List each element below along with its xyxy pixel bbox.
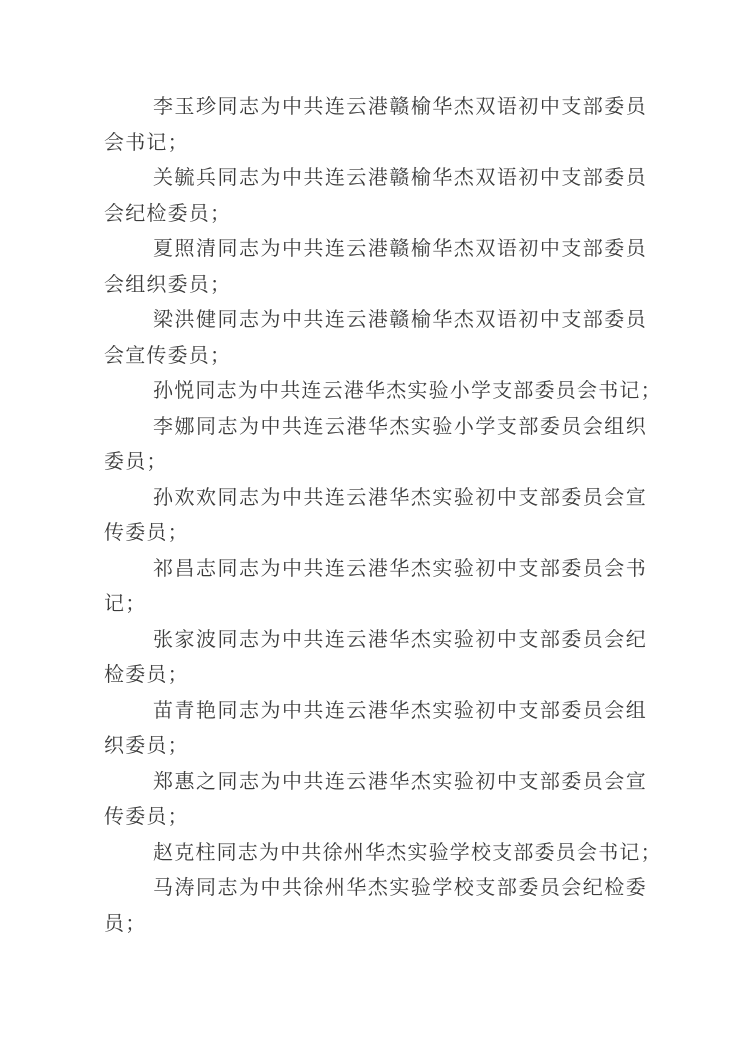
- paragraph: 夏照清同志为中共连云港赣榆华杰双语初中支部委员会组织委员；: [104, 232, 647, 303]
- paragraph: 李玉珍同志为中共连云港赣榆华杰双语初中支部委员会书记；: [104, 90, 647, 161]
- paragraph: 马涛同志为中共徐州华杰实验学校支部委员会纪检委员；: [104, 871, 647, 942]
- paragraph: 梁洪健同志为中共连云港赣榆华杰双语初中支部委员会宣传委员；: [104, 303, 647, 374]
- paragraph: 孙欢欢同志为中共连云港华杰实验初中支部委员会宣传委员；: [104, 481, 647, 552]
- paragraph: 李娜同志为中共连云港华杰实验小学支部委员会组织委员；: [104, 410, 647, 481]
- paragraph: 关毓兵同志为中共连云港赣榆华杰双语初中支部委员会纪检委员；: [104, 161, 647, 232]
- paragraph: 苗青艳同志为中共连云港华杰实验初中支部委员会组织委员；: [104, 694, 647, 765]
- paragraph: 赵克柱同志为中共徐州华杰实验学校支部委员会书记；: [104, 836, 647, 872]
- paragraph: 张家波同志为中共连云港华杰实验初中支部委员会纪检委员；: [104, 623, 647, 694]
- document-page: 李玉珍同志为中共连云港赣榆华杰双语初中支部委员会书记；关毓兵同志为中共连云港赣榆…: [0, 0, 750, 1061]
- paragraph: 祁昌志同志为中共连云港华杰实验初中支部委员会书记；: [104, 552, 647, 623]
- document-text-block: 李玉珍同志为中共连云港赣榆华杰双语初中支部委员会书记；关毓兵同志为中共连云港赣榆…: [104, 90, 647, 942]
- paragraph: 孙悦同志为中共连云港华杰实验小学支部委员会书记；: [104, 374, 647, 410]
- paragraph: 郑惠之同志为中共连云港华杰实验初中支部委员会宣传委员；: [104, 765, 647, 836]
